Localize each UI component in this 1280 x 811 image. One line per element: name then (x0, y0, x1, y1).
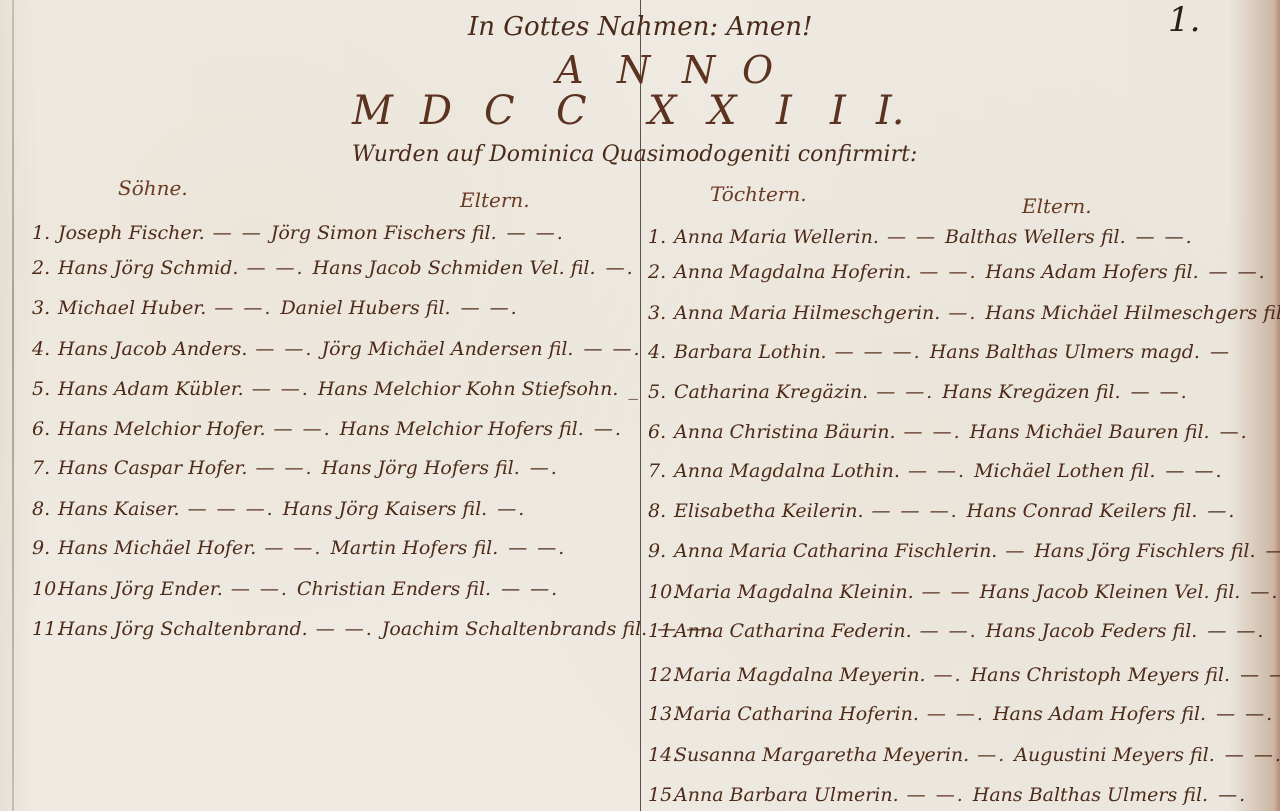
year-numeral: X (648, 88, 676, 134)
year-numeral: I. (876, 88, 905, 134)
daughters-heading: Töchtern. (710, 182, 807, 206)
sons-parents-heading: Eltern. (460, 188, 530, 212)
anno-letter: N (617, 48, 650, 92)
list-item: 15.Anna Barbara Ulmerin.— —.Hans Balthas… (648, 784, 1247, 811)
list-item: 7.Hans Caspar Hofer.— —.Hans Jörg Hofers… (32, 457, 559, 487)
anno-letter: N (682, 48, 715, 92)
list-item: 4.Barbara Lothin.— — —.Hans Balthas Ulme… (648, 341, 1231, 371)
manuscript-page: 1. In Gottes Nahmen: Amen! A N N O M D C… (0, 0, 1280, 811)
list-item: 3.Anna Maria Hilmeschgerin.—.Hans Michäe… (648, 302, 1280, 332)
list-item: 10.Maria Magdalna Kleinin.— —Hans Jacob … (648, 581, 1279, 611)
year-numeral: I (830, 88, 846, 134)
list-item: 5.Hans Adam Kübler.— —.Hans Melchior Koh… (32, 378, 640, 408)
year-numeral: M (352, 88, 393, 134)
list-item: 6.Hans Melchior Hofer.— —.Hans Melchior … (32, 418, 623, 448)
list-item: 3.Michael Huber.— —.Daniel Hubers fil.— … (32, 297, 519, 327)
list-item: 8.Hans Kaiser.— — —.Hans Jörg Kaisers fi… (32, 498, 526, 528)
list-item: 9.Anna Maria Catharina Fischlerin.—Hans … (648, 540, 1280, 570)
daughters-parents-heading: Eltern. (1022, 194, 1092, 218)
year-numerals: M D C C X X I I I. (0, 88, 1280, 138)
list-item: 1.Joseph Fischer.— —Jörg Simon Fischers … (32, 222, 565, 252)
list-item: 7.Anna Magdalna Lothin.— —.Michäel Lothe… (648, 460, 1224, 490)
list-item: 2.Hans Jörg Schmid.— —.Hans Jacob Schmid… (32, 257, 635, 287)
list-item: 14.Susanna Margaretha Meyerin.—.Augustin… (648, 744, 1280, 774)
list-item: 9.Hans Michäel Hofer.— —.Martin Hofers f… (32, 537, 566, 567)
list-item: 12.Maria Magdalna Meyerin.—.Hans Christo… (648, 664, 1280, 694)
year-numeral: X (708, 88, 736, 134)
anno-letter: O (742, 48, 773, 92)
anno-letter: A (556, 48, 583, 92)
list-item: 11.Anna Catharina Federin.— —.Hans Jacob… (648, 620, 1265, 650)
invocation-heading: In Gottes Nahmen: Amen! (468, 12, 812, 42)
subtitle: Wurden auf Dominica Quasimodogeniti conf… (352, 142, 917, 167)
list-item: 8.Elisabetha Keilerin.— — —.Hans Conrad … (648, 500, 1236, 530)
year-numeral: I (776, 88, 792, 134)
year-numeral: C (484, 88, 515, 134)
list-item: 10.Hans Jörg Ender.— —.Christian Enders … (32, 578, 559, 608)
list-item: 2.Anna Magdalna Hoferin.— —.Hans Adam Ho… (648, 261, 1267, 291)
list-item: 5.Catharina Kregäzin.— —.Hans Kregäzen f… (648, 381, 1189, 411)
list-item: 1.Anna Maria Wellerin.— —Balthas Wellers… (648, 226, 1194, 256)
list-item: 11.Hans Jörg Schaltenbrand.— —.Joachim S… (32, 618, 715, 648)
year-numeral: D (420, 88, 452, 134)
list-item: 13.Maria Catharina Hoferin.— —.Hans Adam… (648, 703, 1274, 733)
list-item: 4.Hans Jacob Anders.— —.Jörg Michäel And… (32, 338, 642, 368)
year-numeral: C (556, 88, 587, 134)
list-item: 6.Anna Christina Bäurin.— —.Hans Michäel… (648, 421, 1249, 451)
page-number: 1. (1168, 0, 1200, 40)
sons-heading: Söhne. (118, 176, 188, 200)
